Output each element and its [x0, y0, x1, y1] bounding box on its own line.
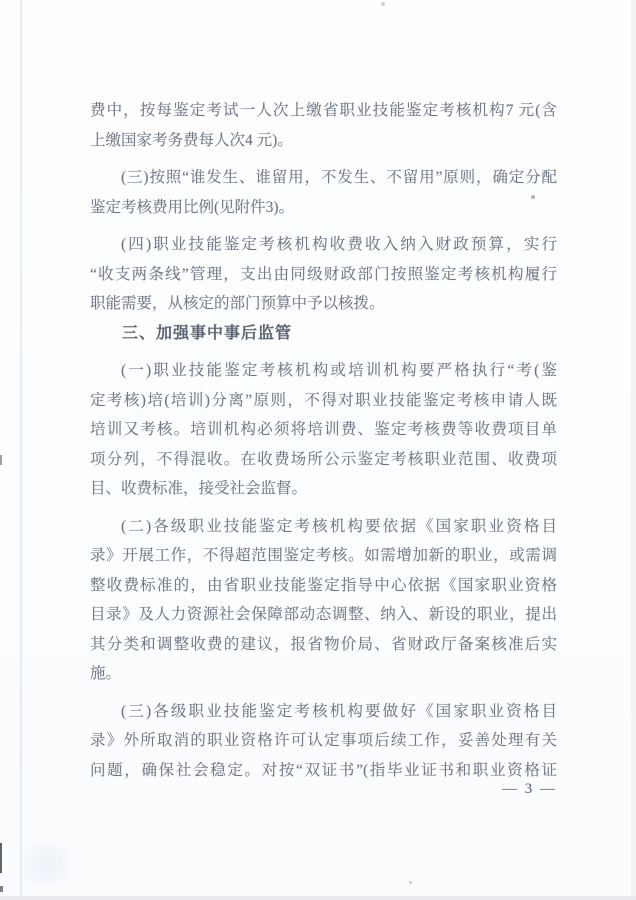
text-line: (二)各级职业技能鉴定考核机构要依据《国家职业资格目: [90, 512, 557, 542]
text-line: 费中，按每鉴定考试一人次上缴省职业技能鉴定考核机构7 元(含: [90, 96, 557, 126]
text-line: 上缴国家考务费每人次4 元)。: [90, 126, 557, 156]
document-body: 费中，按每鉴定考试一人次上缴省职业技能鉴定考核机构7 元(含 上缴国家考务费每人…: [90, 96, 557, 785]
text-line: 录》开展工作，不得超范围鉴定考核。如需增加新的职业，或需调: [90, 541, 557, 571]
text-line: (四)职业技能鉴定考核机构收费收入纳入财政预算，实行: [90, 230, 557, 260]
text-line: 鉴定考核费用比例(见附件3)。: [90, 193, 557, 223]
scan-artifact-nick: [0, 843, 2, 873]
text-line: 施。: [90, 659, 557, 689]
text-line: “收支两条线”管理，支出由同级财政部门按照鉴定考核机构履行: [90, 260, 557, 290]
scan-fold-line: [20, 0, 22, 900]
text-line: 项分列，不得混收。在收费场所公示鉴定考核职业范围、收费项: [90, 445, 557, 475]
text-line: 培训又考核。培训机构必须将培训费、鉴定考核费等收费项目单: [90, 415, 557, 445]
text-line: 职能需要，从核定的部门预算中予以核拨。: [90, 289, 557, 319]
text-line: 目录》及人力资源社会保障部动态调整、纳入、新设的职业，提出: [90, 600, 557, 630]
text-line: (三)各级职业技能鉴定考核机构要做好《国家职业资格目: [90, 697, 557, 727]
section-heading: 三、加强事中事后监管: [90, 319, 557, 349]
text-line: 整收费标准的，由省职业技能鉴定指导中心依据《国家职业资格: [90, 571, 557, 601]
scan-artifact-nick: [0, 455, 2, 465]
scan-edge-right: [631, 0, 636, 900]
text-line: 目、收费标准，接受社会监督。: [90, 474, 557, 504]
scan-artifact-smudge: [22, 843, 70, 885]
scan-artifact-speck: [409, 881, 412, 884]
text-line: (一)职业技能鉴定考核机构或培训机构要严格执行“考(鉴: [90, 356, 557, 386]
scan-edge-bottom: [0, 896, 636, 900]
text-line: 定考核)培(培训)分离”原则，不得对职业技能鉴定考核申请人既: [90, 386, 557, 416]
text-line: 其分类和调整收费的建议，报省物价局、省财政厅备案核准后实: [90, 630, 557, 660]
page-number: — 3 —: [0, 781, 557, 798]
scanned-document-page: 费中，按每鉴定考试一人次上缴省职业技能鉴定考核机构7 元(含 上缴国家考务费每人…: [0, 0, 636, 900]
scan-artifact-nick: [0, 886, 3, 892]
text-line: (三)按照“谁发生、谁留用，不发生、不留用”原则，确定分配: [90, 163, 557, 193]
text-line: 录》外所取消的职业资格许可认定事项后续工作，妥善处理有关: [90, 726, 557, 756]
scan-artifact-speck: [381, 2, 385, 6]
